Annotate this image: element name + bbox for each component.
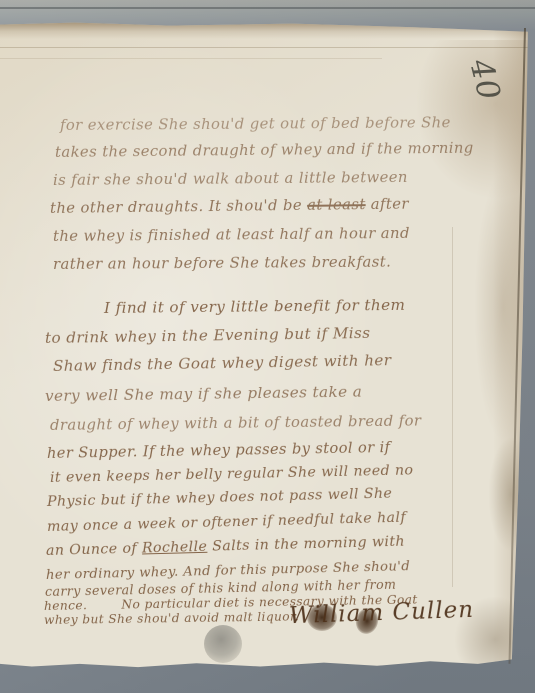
manuscript-line-4: the other draughts. It shou'd be at leas… (50, 196, 409, 217)
manuscript-line-8: to drink whey in the Evening but if Miss (45, 324, 371, 347)
circular-stamp (204, 625, 242, 663)
manuscript-line-9: Shaw finds the Goat whey digest with her (53, 351, 392, 375)
manuscript-line-13: it even keeps her belly regular She will… (50, 462, 414, 486)
manuscript-line-16: an Ounce of Rochelle Salts in the mornin… (46, 534, 405, 559)
struck-out-word: at least (307, 196, 366, 214)
manuscript-line-7: I find it of very little benefit for the… (104, 296, 405, 317)
manuscript-line-10: very well She may if she pleases take a (45, 383, 362, 405)
manuscript-line-6: rather an hour before She takes breakfas… (53, 254, 391, 273)
manuscript-line-12: her Supper. If the whey passes by stool … (47, 439, 391, 462)
manuscript-line-1: for exercise She shou'd get out of bed b… (60, 114, 451, 134)
backdrop-board-edge (0, 7, 535, 9)
manuscript-line-2: takes the second draught of whey and if … (55, 140, 474, 161)
manuscript-line-3: is fair she shou'd walk about a little b… (53, 169, 408, 189)
manuscript-line-11: draught of whey with a bit of toasted br… (50, 412, 422, 434)
manuscript-page: 40 for exercise She shou'd get out of be… (0, 22, 531, 671)
manuscript-line-14: Physic but if the whey does not pass wel… (47, 486, 393, 510)
photograph-backdrop: 40 for exercise She shou'd get out of be… (0, 0, 535, 693)
manuscript-line-5: the whey is finished at least half an ho… (53, 225, 410, 245)
manuscript-line-15: may once a week or oftener if needful ta… (47, 510, 406, 535)
manuscript-line-20: whey but She shou'd avoid malt liquor. (44, 609, 299, 627)
underlined-word: Rochelle (142, 539, 208, 557)
letter-body: for exercise She shou'd get out of bed b… (0, 22, 531, 671)
